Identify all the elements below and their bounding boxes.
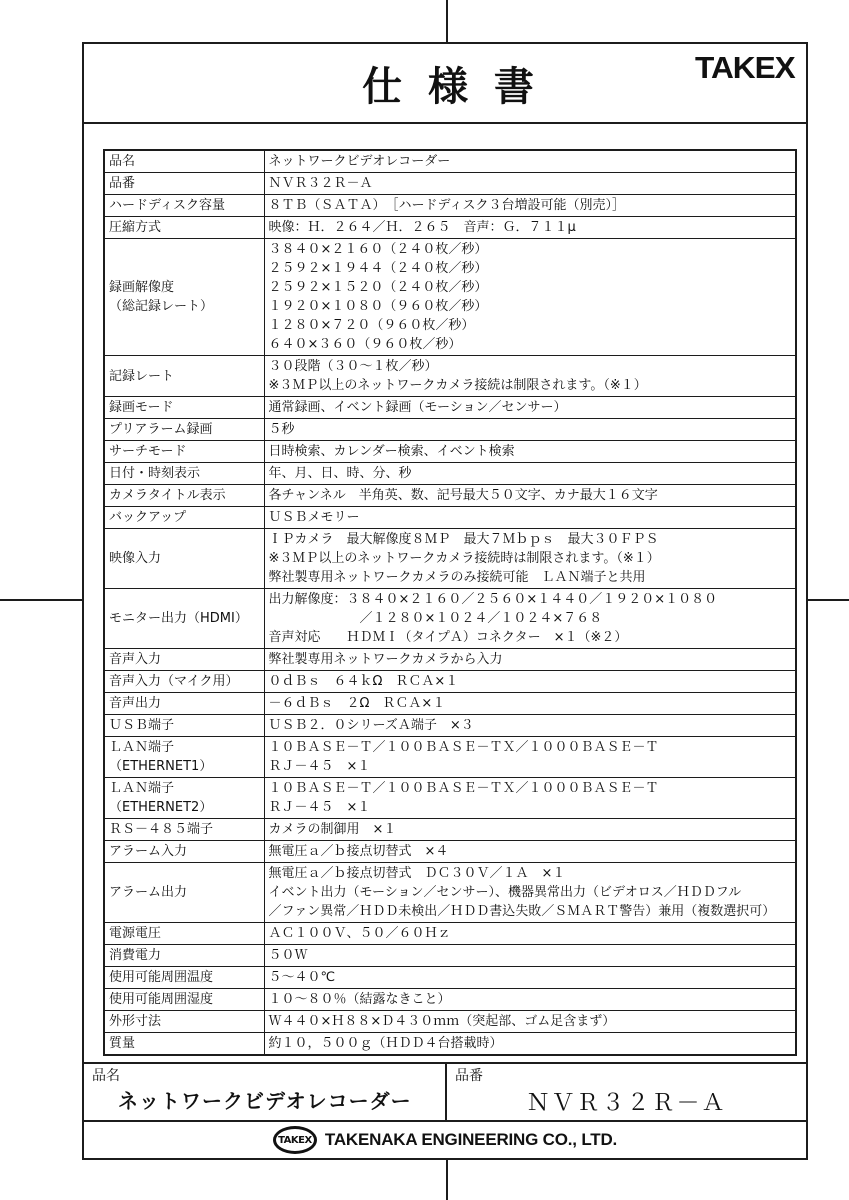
spec-value: Ｗ４４０×Ｈ８８×Ｄ４３０ｍｍ（突起部、ゴム足含まず） <box>264 1011 796 1033</box>
spec-row: アラーム入力無電圧ａ／ｂ接点切替式 ×４ <box>104 841 796 863</box>
spec-value: 出力解像度：３８４０×２１６０／２５６０×１４４０／１９２０×１０８０ ／１２８… <box>264 589 796 649</box>
spec-value: ＵＳＢ２．０シリーズＡ端子 ×３ <box>264 715 796 737</box>
spec-label: 品番 <box>104 173 264 195</box>
spec-value: ３０段階（３０～１枚／秒） ※３ＭＰ以上のネットワークカメラ接続は制限されます。… <box>264 356 796 397</box>
product-number-cell: 品番 ＮＶＲ３２Ｒ－Ａ <box>447 1064 806 1120</box>
spec-label: カメラタイトル表示 <box>104 485 264 507</box>
spec-label: 電源電圧 <box>104 923 264 945</box>
spec-label: 使用可能周囲温度 <box>104 967 264 989</box>
spec-body: 品名ネットワークビデオレコーダー品番ＮＶＲ３２Ｒ－Ａハードディスク容量８ＴＢ（Ｓ… <box>84 124 806 1062</box>
spec-value: ０ｄＢｓ ６４ｋΩ ＲＣＡ×１ <box>264 671 796 693</box>
spec-label: 品名 <box>104 150 264 173</box>
spec-row: 使用可能周囲温度５～４０℃ <box>104 967 796 989</box>
spec-value: カメラの制御用 ×１ <box>264 819 796 841</box>
spec-label: 録画解像度 （総記録レート） <box>104 239 264 356</box>
spec-value: 通常録画、イベント録画（モーション／センサー） <box>264 397 796 419</box>
spec-value: 各チャンネル 半角英、数、記号最大５０文字、カナ最大１６文字 <box>264 485 796 507</box>
spec-row: 消費電力５０Ｗ <box>104 945 796 967</box>
header: 仕 様 書 TAKEX <box>84 44 806 124</box>
spec-label: サーチモード <box>104 441 264 463</box>
spec-value: ネットワークビデオレコーダー <box>264 150 796 173</box>
spec-row: 質量約１０，５００ｇ（ＨＤＤ４台搭載時） <box>104 1033 796 1056</box>
spec-value: 年、月、日、時、分、秒 <box>264 463 796 485</box>
crop-mark-top <box>446 0 448 44</box>
spec-label: ＲＳ－４８５端子 <box>104 819 264 841</box>
spec-label: 記録レート <box>104 356 264 397</box>
spec-value: 映像：Ｈ．２６４／Ｈ．２６５ 音声：Ｇ．７１１μ <box>264 217 796 239</box>
spec-value: 日時検索、カレンダー検索、イベント検索 <box>264 441 796 463</box>
takex-roundel-text: TAKEX <box>278 1135 312 1146</box>
spec-value: ５～４０℃ <box>264 967 796 989</box>
spec-row: 音声入力弊社製専用ネットワークカメラから入力 <box>104 649 796 671</box>
spec-value: ＮＶＲ３２Ｒ－Ａ <box>264 173 796 195</box>
spec-value: 弊社製専用ネットワークカメラから入力 <box>264 649 796 671</box>
spec-label: アラーム入力 <box>104 841 264 863</box>
spec-value: ＵＳＢメモリー <box>264 507 796 529</box>
spec-row: プリアラーム録画５秒 <box>104 419 796 441</box>
spec-value: １０ＢＡＳＥ－Ｔ／１００ＢＡＳＥ－ＴＸ／１０００ＢＡＳＥ－Ｔ ＲＪ－４５ ×１ <box>264 737 796 778</box>
spec-label: ＬＡＮ端子 （ETHERNET2） <box>104 778 264 819</box>
spec-row: 電源電圧ＡＣ１００Ｖ、５０／６０Ｈｚ <box>104 923 796 945</box>
spec-label: 外形寸法 <box>104 1011 264 1033</box>
spec-label: 音声入力（マイク用） <box>104 671 264 693</box>
spec-row: 映像入力ＩＰカメラ 最大解像度８ＭＰ 最大７Ｍｂｐｓ 最大３０ＦＰＳ ※３ＭＰ以… <box>104 529 796 589</box>
spec-row: 録画モード通常録画、イベント録画（モーション／センサー） <box>104 397 796 419</box>
spec-value: －６ｄＢｓ ２Ω ＲＣＡ×１ <box>264 693 796 715</box>
crop-mark-left <box>0 599 84 601</box>
page-title: 仕 様 書 <box>362 55 540 112</box>
spec-value: ＡＣ１００Ｖ、５０／６０Ｈｚ <box>264 923 796 945</box>
spec-row: ＬＡＮ端子 （ETHERNET2）１０ＢＡＳＥ－Ｔ／１００ＢＡＳＥ－ＴＸ／１００… <box>104 778 796 819</box>
spec-label: プリアラーム録画 <box>104 419 264 441</box>
company-footer: TAKEX TAKENAKA ENGINEERING CO., LTD. <box>84 1120 806 1158</box>
product-summary: 品名 ネットワークビデオレコーダー 品番 ＮＶＲ３２Ｒ－Ａ <box>84 1062 806 1120</box>
product-name-cell: 品名 ネットワークビデオレコーダー <box>84 1064 447 1120</box>
spec-label: モニター出力（HDMI） <box>104 589 264 649</box>
spec-row: 品番ＮＶＲ３２Ｒ－Ａ <box>104 173 796 195</box>
spec-value: １０～８０％（結露なきこと） <box>264 989 796 1011</box>
spec-row: アラーム出力無電圧ａ／ｂ接点切替式 ＤＣ３０Ｖ／１Ａ ×１ イベント出力（モーシ… <box>104 863 796 923</box>
spec-label: 使用可能周囲湿度 <box>104 989 264 1011</box>
spec-row: 外形寸法Ｗ４４０×Ｈ８８×Ｄ４３０ｍｍ（突起部、ゴム足含まず） <box>104 1011 796 1033</box>
spec-row: 記録レート３０段階（３０～１枚／秒） ※３ＭＰ以上のネットワークカメラ接続は制限… <box>104 356 796 397</box>
spec-label: ＬＡＮ端子 （ETHERNET1） <box>104 737 264 778</box>
crop-mark-right <box>806 599 849 601</box>
spec-row: 使用可能周囲湿度１０～８０％（結露なきこと） <box>104 989 796 1011</box>
spec-value: 無電圧ａ／ｂ接点切替式 ×４ <box>264 841 796 863</box>
company-name: TAKENAKA ENGINEERING CO., LTD. <box>325 1130 617 1150</box>
spec-row: ＬＡＮ端子 （ETHERNET1）１０ＢＡＳＥ－Ｔ／１００ＢＡＳＥ－ＴＸ／１００… <box>104 737 796 778</box>
spec-sheet-page: 仕 様 書 TAKEX 品名ネットワークビデオレコーダー品番ＮＶＲ３２Ｒ－Ａハー… <box>82 42 808 1160</box>
product-name-value: ネットワークビデオレコーダー <box>118 1085 437 1114</box>
spec-value: ５０Ｗ <box>264 945 796 967</box>
spec-value: ３８４０×２１６０（２４０枚／秒） ２５９２×１９４４（２４０枚／秒） ２５９２… <box>264 239 796 356</box>
crop-mark-bottom <box>446 1158 448 1200</box>
spec-label: 音声出力 <box>104 693 264 715</box>
spec-value: ＩＰカメラ 最大解像度８ＭＰ 最大７Ｍｂｐｓ 最大３０ＦＰＳ ※３ＭＰ以上のネッ… <box>264 529 796 589</box>
spec-row: サーチモード日時検索、カレンダー検索、イベント検索 <box>104 441 796 463</box>
spec-value: ５秒 <box>264 419 796 441</box>
spec-row: ＲＳ－４８５端子カメラの制御用 ×１ <box>104 819 796 841</box>
spec-row: カメラタイトル表示各チャンネル 半角英、数、記号最大５０文字、カナ最大１６文字 <box>104 485 796 507</box>
spec-label: 質量 <box>104 1033 264 1056</box>
spec-label: バックアップ <box>104 507 264 529</box>
product-name-label: 品名 <box>92 1068 437 1084</box>
spec-label: 日付・時刻表示 <box>104 463 264 485</box>
takex-roundel-icon: TAKEX <box>273 1126 317 1154</box>
spec-row: バックアップＵＳＢメモリー <box>104 507 796 529</box>
spec-label: 消費電力 <box>104 945 264 967</box>
spec-row: 音声出力－６ｄＢｓ ２Ω ＲＣＡ×１ <box>104 693 796 715</box>
spec-table: 品名ネットワークビデオレコーダー品番ＮＶＲ３２Ｒ－Ａハードディスク容量８ＴＢ（Ｓ… <box>103 149 797 1056</box>
takex-logo: TAKEX <box>695 50 795 86</box>
spec-row: 圧縮方式映像：Ｈ．２６４／Ｈ．２６５ 音声：Ｇ．７１１μ <box>104 217 796 239</box>
spec-row: 品名ネットワークビデオレコーダー <box>104 150 796 173</box>
spec-label: アラーム出力 <box>104 863 264 923</box>
spec-label: 音声入力 <box>104 649 264 671</box>
spec-label: 圧縮方式 <box>104 217 264 239</box>
spec-value: 約１０，５００ｇ（ＨＤＤ４台搭載時） <box>264 1033 796 1056</box>
spec-label: 録画モード <box>104 397 264 419</box>
spec-value: 無電圧ａ／ｂ接点切替式 ＤＣ３０Ｖ／１Ａ ×１ イベント出力（モーション／センサ… <box>264 863 796 923</box>
spec-value: １０ＢＡＳＥ－Ｔ／１００ＢＡＳＥ－ＴＸ／１０００ＢＡＳＥ－Ｔ ＲＪ－４５ ×１ <box>264 778 796 819</box>
spec-row: 音声入力（マイク用）０ｄＢｓ ６４ｋΩ ＲＣＡ×１ <box>104 671 796 693</box>
product-number-label: 品番 <box>455 1068 798 1084</box>
spec-row: 日付・時刻表示年、月、日、時、分、秒 <box>104 463 796 485</box>
spec-value: ８ＴＢ（ＳＡＴＡ） ［ハードディスク３台増設可能（別売）］ <box>264 195 796 217</box>
spec-row: ハードディスク容量８ＴＢ（ＳＡＴＡ） ［ハードディスク３台増設可能（別売）］ <box>104 195 796 217</box>
spec-label: ハードディスク容量 <box>104 195 264 217</box>
spec-row: 録画解像度 （総記録レート）３８４０×２１６０（２４０枚／秒） ２５９２×１９４… <box>104 239 796 356</box>
spec-label: 映像入力 <box>104 529 264 589</box>
spec-row: ＵＳＢ端子ＵＳＢ２．０シリーズＡ端子 ×３ <box>104 715 796 737</box>
spec-row: モニター出力（HDMI）出力解像度：３８４０×２１６０／２５６０×１４４０／１９… <box>104 589 796 649</box>
spec-label: ＵＳＢ端子 <box>104 715 264 737</box>
product-number-value: ＮＶＲ３２Ｒ－Ａ <box>455 1084 798 1117</box>
